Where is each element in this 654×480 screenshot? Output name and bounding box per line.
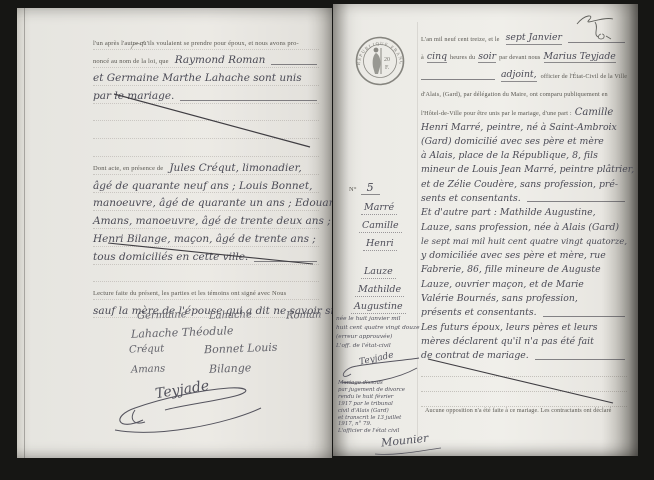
printed-text: l'un après l'autre qu'ils voulaient se p… <box>93 40 299 49</box>
handwritten-text: sents et consentants. <box>421 194 521 204</box>
printed-text: Dont acte, en présence de <box>93 165 163 174</box>
rule-filler <box>527 193 625 202</box>
printed-text: noncé au nom de la loi, que <box>93 58 169 67</box>
margin-bride-name: Mathilde <box>355 284 404 295</box>
handwritten-text: Henri Bilange, maçon, âgé de trente ans … <box>93 234 316 246</box>
signature-row: Germaine Lahache Roman <box>105 310 315 326</box>
handwritten-text: adjoint, <box>501 70 537 81</box>
right-page-body: L'an mil neuf cent treize, et le sept Ja… <box>421 26 627 407</box>
note-line: civil d'Alais (Gard) <box>338 408 405 415</box>
handwritten-text: manoeuvre, âgé de quarante un ans ; Edou… <box>93 198 332 210</box>
register-line: manoeuvre, âgé de quarante un ans ; Edou… <box>93 193 319 211</box>
stamp-legend: RÉPUBLIQUE FRANÇAISE <box>354 32 404 65</box>
handwritten-text: et Germaine Marthe Lahache sont unis <box>93 73 302 85</box>
register-line: à Alais, place de la République, 8, fils <box>421 147 627 161</box>
register-line: par le mariage. <box>93 86 319 104</box>
act-number: N° 5 <box>349 182 380 195</box>
note-line: par jugement de divorce <box>338 387 405 394</box>
handwritten-text: mères déclarent qu'il n'a pas été fait <box>421 337 594 347</box>
printed-text: par devant nous <box>499 54 540 63</box>
handwritten-text: à Alais, place de la République, 8, fils <box>421 151 598 161</box>
printed-text: à <box>421 54 424 63</box>
register-line: et Germaine Marthe Lahache sont unis <box>93 68 319 86</box>
blank-ruled-line <box>93 121 319 139</box>
margin-name-line: Mathilde <box>355 284 404 297</box>
rule-filler <box>543 308 625 317</box>
left-page-body: l'un après l'autre qu'ils voulaient se p… <box>93 32 319 318</box>
register-line: noncé au nom de la loi, que Raymond Roma… <box>93 50 319 68</box>
margin-correction-signature: Teyjade <box>358 350 394 367</box>
signature: Lahache <box>209 309 252 321</box>
margin-name-line: Marré <box>361 202 397 215</box>
register-line: Lauze, sans profession, née à Alais (Gar… <box>421 219 627 233</box>
handwritten-text: Marius Teyjade <box>544 52 616 63</box>
margin-divorce-note: Mariage dissous par jugement de divorce … <box>338 380 405 435</box>
handwritten-text: y domiciliée avec ses père et mère, rue <box>421 251 606 261</box>
register-line: (Gard) domicilié avec ses père et mère <box>421 133 627 147</box>
handwritten-text: par le mariage. <box>93 91 174 103</box>
official-signature: Teyjade <box>109 376 269 438</box>
act-number-label: N° <box>349 186 357 195</box>
register-line: à cinq heures du soir par devant nous Ma… <box>421 45 627 64</box>
blank-ruled-line <box>421 377 627 392</box>
register-scan: l'un après l'autre qu'ils voulaient se p… <box>0 0 654 480</box>
handwritten-text: de contrat de mariage. <box>421 351 529 361</box>
note-line: Mariage dissous <box>338 380 405 387</box>
handwritten-text: mineur de Louis Jean Marré, peintre plât… <box>421 165 634 175</box>
register-line: présents et consentants. <box>421 304 627 318</box>
republique-francaise-stamp: RÉPUBLIQUE FRANÇAISE 20 F. <box>354 32 406 90</box>
register-line: L'an mil neuf cent treize, et le sept Ja… <box>421 26 627 45</box>
margin-name-line: Lauze <box>361 266 396 279</box>
register-line: Lauze, ouvrier maçon, et de Marie <box>421 276 627 290</box>
handwritten-text: Jules Créqut, limonadier, <box>169 163 301 175</box>
handwritten-text: le sept mai mil huit cent quatre vingt q… <box>421 238 627 248</box>
note-line: (erreur approuvée) <box>336 333 420 342</box>
blank-ruled-line <box>93 265 319 283</box>
register-line: l'un après l'autre qu'ils voulaient se p… <box>93 32 319 50</box>
signature: Créqut <box>129 343 165 355</box>
signature: Bilange <box>209 361 252 375</box>
register-line: sents et consentants. <box>421 190 627 204</box>
handwritten-text: Lauze, sans profession, née à Alais (Gar… <box>421 223 619 233</box>
register-line: Fabrerie, 86, fille mineure de Auguste <box>421 261 627 275</box>
signatures-block: Germaine Lahache Roman Lahache Théodule … <box>105 310 315 378</box>
register-line: d'Alais, (Gard), par délégation du Maire… <box>421 82 627 101</box>
handwritten-text: Fabrerie, 86, fille mineure de Auguste <box>421 265 601 275</box>
printed-text: heures du <box>450 54 475 63</box>
handwritten-text: tous domiciliés en cette ville. <box>93 252 248 264</box>
right-page: RÉPUBLIQUE FRANÇAISE 20 F. N° 5 Marré Ca… <box>333 4 638 456</box>
note-line: et transcrit le 13 juillet <box>338 415 405 422</box>
register-line: Henri Bilange, maçon, âgé de trente ans … <box>93 229 319 247</box>
register-line: Valérie Bournés, sans profession, <box>421 290 627 304</box>
handwritten-text: âgé de quarante neuf ans ; Louis Bonnet, <box>93 181 312 193</box>
handwritten-text: soir <box>478 52 496 63</box>
margin-bride-name: Lauze <box>361 266 396 277</box>
stamp-value-bottom: F. <box>385 65 390 71</box>
register-line: y domiciliée avec ses père et mère, rue <box>421 247 627 261</box>
rule-filler <box>568 34 625 43</box>
handwritten-text: Camille <box>575 108 614 119</box>
note-line: rendu le huit février <box>338 394 405 401</box>
signature: Bonnet Louis <box>204 341 278 357</box>
register-line: tous domiciliés en cette ville. <box>93 247 319 265</box>
rule-filler <box>421 71 495 80</box>
margin-groom-name: Camille <box>359 220 402 231</box>
act-number-value: 5 <box>361 182 380 195</box>
register-line: le sept mai mil huit cent quatre vingt q… <box>421 233 627 247</box>
register-line: et de Zélie Coudère, sans profession, pr… <box>421 176 627 190</box>
margin-rule <box>417 22 418 442</box>
margin-name-line: Henri <box>363 238 397 251</box>
rule-filler <box>254 253 317 262</box>
handwritten-text: Valérie Bournés, sans profession, <box>421 294 578 304</box>
register-line: Amans, manoeuvre, âgé de trente deux ans… <box>93 211 319 229</box>
signature: Amans <box>131 363 166 375</box>
signature: Lahache Théodule <box>131 324 234 341</box>
register-line: l'Hôtel-de-Ville pour être unis par le m… <box>421 100 627 119</box>
handwritten-text: Et d'autre part : Mathilde Augustine, <box>421 208 596 218</box>
handwritten-text: Amans, manoeuvre, âgé de trente deux ans… <box>93 216 331 228</box>
note-line: L'off. de l'état-civil <box>336 342 420 351</box>
blank-ruled-line <box>93 104 319 122</box>
printed-text: L'an mil neuf cent treize, et le <box>421 36 500 45</box>
signature: Roman <box>285 309 321 321</box>
register-line: Dont acte, en présence de Jules Créqut, … <box>93 157 319 175</box>
handwritten-text: présents et consentants. <box>421 308 537 318</box>
margin-name-line: Camille <box>359 220 402 233</box>
note-line: née le huit janvier mil <box>336 315 420 324</box>
rule-filler <box>535 351 625 360</box>
register-line: Les futurs époux, leurs pères et leurs <box>421 319 627 333</box>
margin-bride-name: Augustine <box>351 301 406 312</box>
note-line: huit cent quatre vingt douze <box>336 324 420 333</box>
printed-text: officier de l'État-Civil de la Ville <box>541 73 628 82</box>
handwritten-text: (Gard) domicilié avec ses père et mère <box>421 137 604 147</box>
register-line: mères déclarent qu'il n'a pas été fait <box>421 333 627 347</box>
printed-text: Lecture faite du présent, les parties et… <box>93 290 286 299</box>
rule-filler <box>180 92 317 101</box>
signature-row: Lahache Théodule <box>105 326 315 342</box>
handwritten-text: Henri Marré, peintre, né à Saint-Ambroix <box>421 123 617 133</box>
printed-text: l'Hôtel-de-Ville pour être unis par le m… <box>421 110 572 119</box>
note-line: 1917 par le tribunal <box>338 401 405 408</box>
margin-correction-note: née le huit janvier mil huit cent quatre… <box>336 315 420 351</box>
handwritten-text: Lauze, ouvrier maçon, et de Marie <box>421 280 584 290</box>
printed-text: d'Alais, (Gard), par délégation du Maire… <box>421 91 608 100</box>
register-line: âgé de quarante neuf ans ; Louis Bonnet, <box>93 175 319 193</box>
register-line: de contrat de mariage. <box>421 347 627 361</box>
handwritten-text: Raymond Roman <box>175 55 266 67</box>
rule-filler <box>271 56 317 65</box>
blank-ruled-line <box>421 362 627 377</box>
left-page: l'un après l'autre qu'ils voulaient se p… <box>17 8 332 458</box>
margin-name-line: Augustine <box>351 301 406 314</box>
svg-text:RÉPUBLIQUE FRANÇAISE: RÉPUBLIQUE FRANÇAISE <box>354 32 404 65</box>
blank-ruled-line <box>421 392 627 407</box>
signature: Germaine <box>137 309 187 322</box>
margin-groom-name: Henri <box>363 238 397 249</box>
register-line: Lecture faite du présent, les parties et… <box>93 282 319 300</box>
register-line: Henri Marré, peintre, né à Saint-Ambroix <box>421 119 627 133</box>
register-line: Et d'autre part : Mathilde Augustine, <box>421 204 627 218</box>
blank-ruled-line <box>93 139 319 157</box>
register-line: adjoint, officier de l'État-Civil de la … <box>421 63 627 82</box>
stamp-value-top: 20 <box>384 57 390 63</box>
handwritten-text: sept Janvier <box>506 33 562 44</box>
register-line: mineur de Louis Jean Marré, peintre plât… <box>421 161 627 175</box>
handwritten-text: Les futurs époux, leurs pères et leurs <box>421 323 598 333</box>
signature-row: Créqut Bonnet Louis <box>105 342 315 358</box>
margin-groom-name: Marré <box>361 202 397 213</box>
handwritten-text: cinq <box>427 52 447 63</box>
handwritten-text: et de Zélie Coudère, sans profession, pr… <box>421 180 618 190</box>
printed-no-opposition: Aucune opposition n'a été faite à ce mar… <box>425 408 612 414</box>
